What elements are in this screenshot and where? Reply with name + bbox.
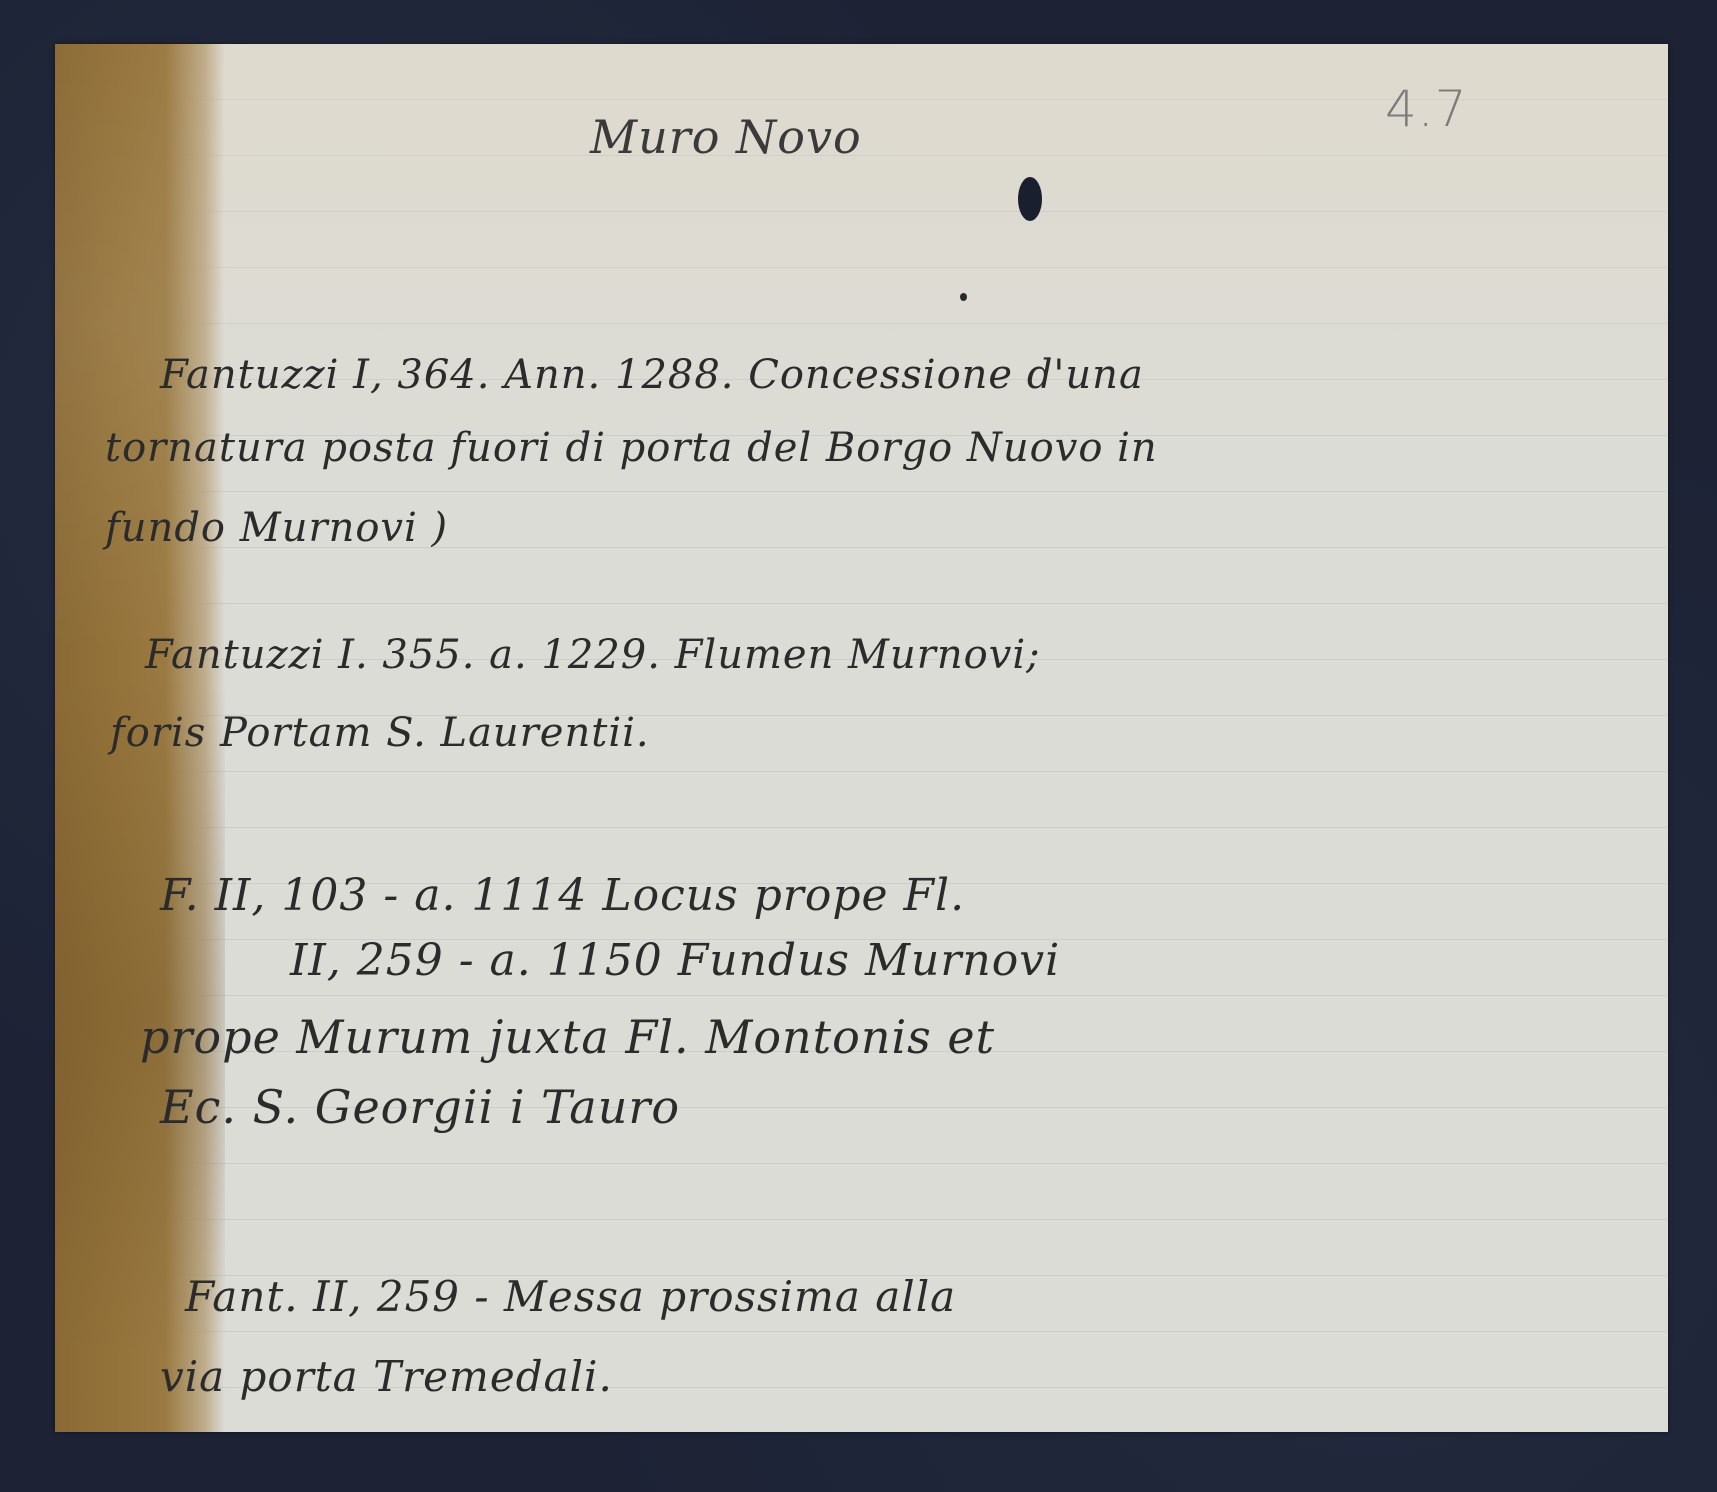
note-line-3: fundo Murnovi ) <box>105 505 448 551</box>
note-line-1: Fantuzzi I, 364. Ann. 1288. Concessione … <box>160 352 1144 398</box>
note-line-8: prope Murum juxta Fl. Montonis et <box>140 1010 995 1064</box>
note-line-7: II, 259 - a. 1150 Fundus Murnovi <box>290 935 1060 986</box>
note-title: Muro Novo <box>590 110 862 164</box>
note-line-5: foris Portam S. Laurentii. <box>110 710 650 756</box>
note-line-10: Fant. II, 259 - Messa prossima alla <box>185 1272 956 1321</box>
ink-dot <box>960 293 967 301</box>
note-line-2: tornatura posta fuori di porta del Borgo… <box>105 425 1158 471</box>
pencil-catalog-mark: 4.7 <box>1385 80 1468 138</box>
punch-hole <box>1018 177 1042 221</box>
note-line-6: F. II, 103 - a. 1114 Locus prope Fl. <box>160 870 965 921</box>
note-line-9: Ec. S. Georgii i Tauro <box>160 1080 680 1134</box>
note-line-4: Fantuzzi I. 355. a. 1229. Flumen Murnovi… <box>145 632 1041 678</box>
note-line-11: via porta Tremedali. <box>160 1352 613 1401</box>
